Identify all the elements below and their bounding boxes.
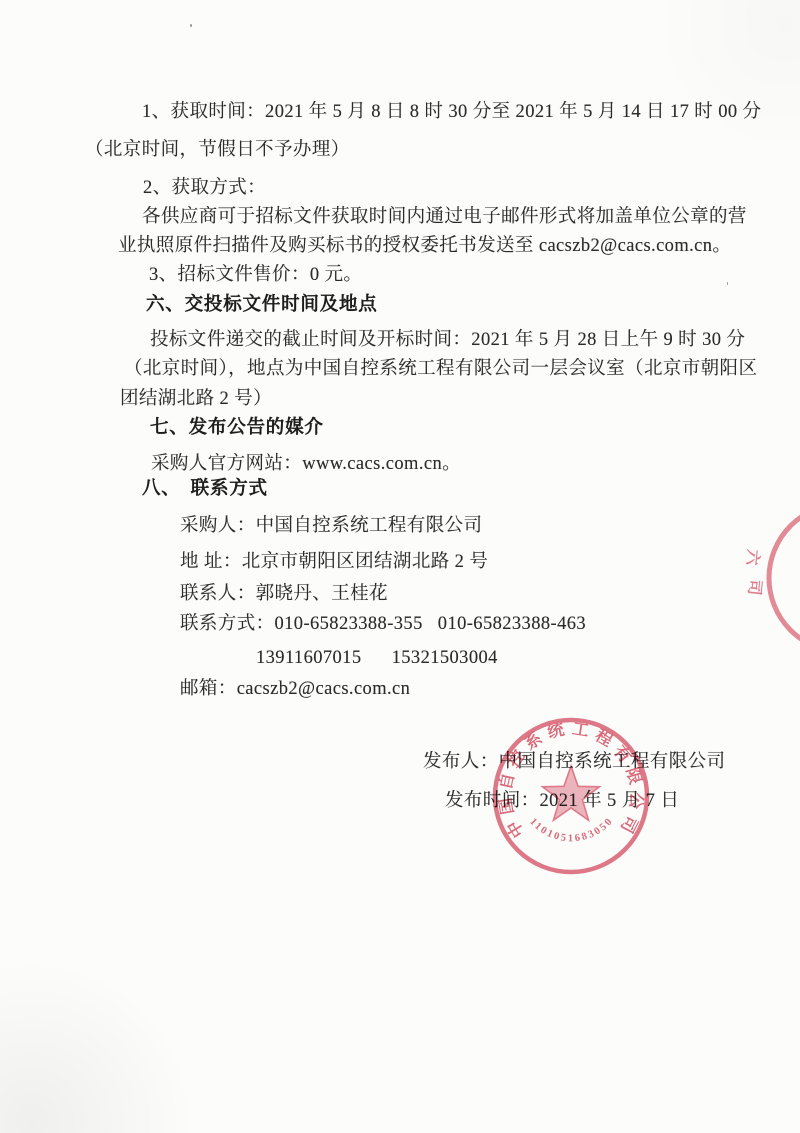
edge-seal-char: 司 xyxy=(744,578,769,596)
contact-persons: 联系人：郭晓丹、王桂花 xyxy=(180,582,388,606)
doc-line-supplier-email-2: 业执照原件扫描件及购买标书的授权委托书发送至 cacszb2@cacs.com.… xyxy=(118,234,731,258)
doc-line-acquisition-time: 1、获取时间：2021 年 5 月 8 日 8 时 30 分至 2021 年 5… xyxy=(142,100,761,124)
contact-email: 邮箱：cacszb2@cacs.com.cn xyxy=(180,677,410,701)
contact-phone-lines: 联系方式：010-65823388-355 010-65823388-463 xyxy=(180,612,586,636)
scan-speck xyxy=(190,24,192,27)
doc-line-document-price: 3、招标文件售价：0 元。 xyxy=(149,263,362,287)
document-page: 1、获取时间：2021 年 5 月 8 日 8 时 30 分至 2021 年 5… xyxy=(0,0,800,1133)
seal-number-text-holder: 1101051683050 xyxy=(527,815,616,844)
edge-seal-ring xyxy=(769,504,800,652)
heading-bid-submission: 六、交投标文件时间及地点 xyxy=(146,293,378,317)
doc-line-deadline-1: 投标文件递交的截止时间及开标时间：2021 年 5 月 28 日上午 9 时 3… xyxy=(150,328,745,352)
doc-line-deadline-3: 团结湖北路 2 号） xyxy=(120,387,272,411)
contact-purchaser: 采购人：中国自控系统工程有限公司 xyxy=(180,514,482,538)
company-seal: 中国自控系统工程有限公司 1101051683050 xyxy=(482,714,660,882)
contact-address: 地 址：北京市朝阳区团结湖北路 2 号 xyxy=(180,550,488,574)
scan-speck xyxy=(727,282,728,285)
edge-seal-char: 六 xyxy=(742,548,767,566)
doc-line-beijing-time-note: （北京时间，节假日不予办理） xyxy=(85,138,350,162)
seal-star-icon xyxy=(543,766,600,820)
heading-contact-info: 八、 联系方式 xyxy=(142,477,268,501)
seal-number-text: 1101051683050 xyxy=(527,815,616,844)
doc-line-official-website: 采购人官方网站：www.cacs.com.cn。 xyxy=(151,452,461,476)
doc-line-acquisition-method: 2、获取方式： xyxy=(143,176,266,200)
doc-line-deadline-2: （北京时间），地点为中国自控系统工程有限公司一层会议室（北京市朝阳区 xyxy=(124,357,757,381)
doc-line-supplier-email-1: 各供应商可于招标文件获取时间内通过电子邮件形式将加盖单位公章的营 xyxy=(142,205,747,229)
contact-mobile-numbers: 13911607015 15321503004 xyxy=(256,646,498,670)
heading-announcement-media: 七、发布公告的媒介 xyxy=(150,416,324,440)
